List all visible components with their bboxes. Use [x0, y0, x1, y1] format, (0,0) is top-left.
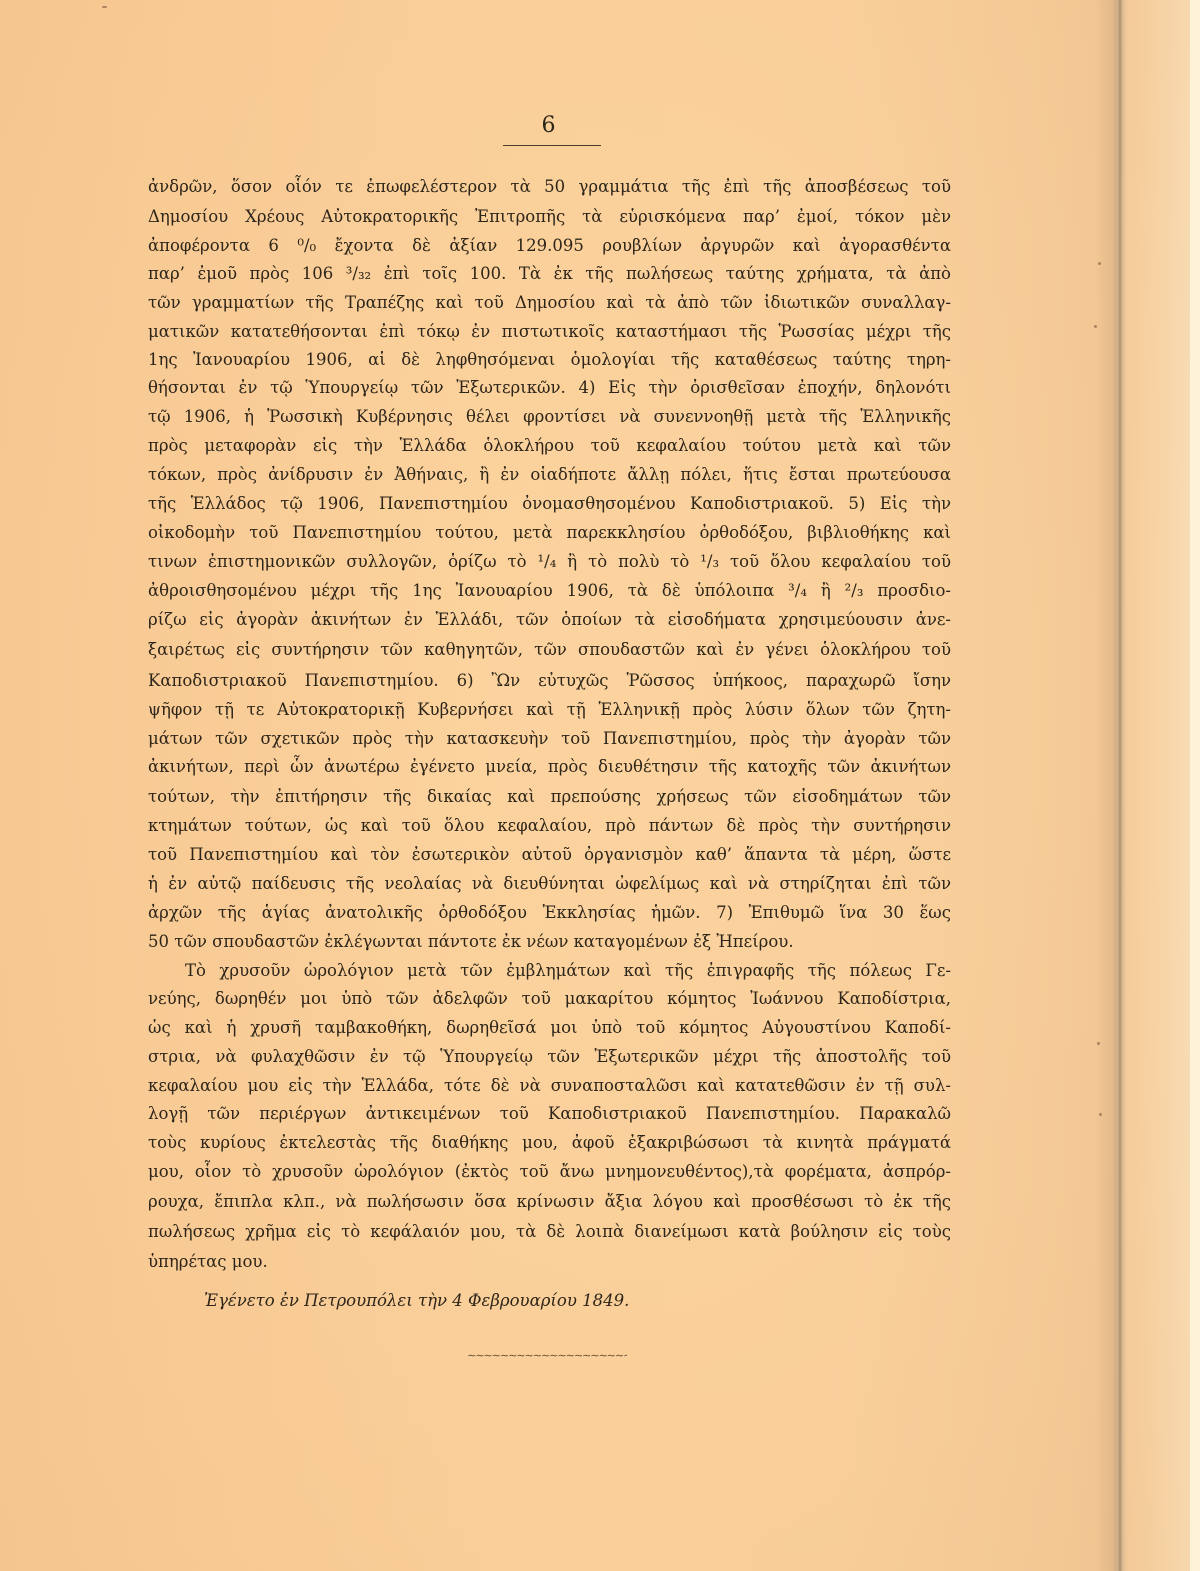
paper-speck	[1097, 1042, 1100, 1045]
page-edge	[1190, 0, 1200, 1571]
text-line: τῆς Ἑλλάδος τῷ 1906, Πανεπιστημίου ὀνομα…	[148, 493, 951, 515]
text-line: ἀποφέροντα 6 ⁰/₀ ἔχοντα δὲ ἀξίαν 129.095…	[148, 235, 951, 257]
text-line: οἰκοδομὴν τοῦ Πανεπιστημίου τούτου, μετὰ…	[148, 522, 951, 544]
paper-speck	[102, 6, 107, 8]
closing-ornament: ∼∼∼∼∼∼∼∼∼∼∼∼∼∼∼∼∼∼∼∼∼∼	[467, 1352, 627, 1360]
text-line: 50 τῶν σπουδαστῶν ἐκλέγωνται πάντοτε ἐκ …	[148, 931, 951, 953]
text-line: ὡς καὶ ἡ χρυσῆ ταμβακοθήκη, δωρηθεῖσά μο…	[148, 1017, 951, 1039]
text-line: μάτων τῶν σχετικῶν πρὸς τὴν κατασκευὴν τ…	[148, 728, 951, 750]
text-line: τῶν γραμματίων τῆς Τραπέζης καὶ τοῦ Δημο…	[148, 292, 951, 314]
text-line: 1ης Ἰανουαρίου 1906, αἱ δὲ ληφθησόμεναι …	[148, 349, 951, 371]
text-line: Τὸ χρυσοῦν ὡρολόγιον μετὰ τῶν ἐμβλημάτων…	[185, 960, 951, 982]
text-line: κτημάτων τούτων, ὡς καὶ τοῦ ὅλου κεφαλαί…	[148, 815, 951, 837]
text-line: ξαιρέτως εἰς συντήρησιν τῶν καθηγητῶν, τ…	[148, 639, 951, 661]
text-line: μου, οἷον τὸ χρυσοῦν ὡρολόγιον (ἐκτὸς το…	[148, 1161, 951, 1183]
text-line: τούτων, τὴν ἐπιτήρησιν τῆς δικαίας καὶ π…	[148, 786, 951, 808]
text-line: τινων ἐπιστημονικῶν συλλογῶν, ὁρίζω τὸ ¹…	[148, 551, 951, 573]
text-line: στρια, νὰ φυλαχθῶσιν ἐν τῷ Ὑπουργείῳ τῶν…	[148, 1046, 951, 1068]
text-line: ἀνδρῶν, ὅσον οἷόν τε ἐπωφελέστερον τὰ 50…	[148, 176, 951, 198]
text-line: παρ’ ἐμοῦ πρὸς 106 ³/₃₂ ἐπὶ τοῖς 100. Τὰ…	[148, 263, 951, 285]
page-number-rule	[503, 145, 601, 146]
page-number: 6	[0, 113, 1097, 138]
page-fold	[1113, 0, 1127, 1571]
signature-date-line: Ἐγένετο ἐν Πετρουπόλει τὴν 4 Φεβρουαρίου…	[204, 1290, 629, 1312]
text-line: τόκων, πρὸς ἀνίδρυσιν ἐν Ἀθήναις, ἢ ἐν ο…	[148, 464, 951, 486]
text-line: ρίζω εἰς ἀγορὰν ἀκινήτων ἐν Ἑλλάδι, τῶν …	[148, 609, 951, 631]
text-line: Καποδιστριακοῦ Πανεπιστημίου. 6) Ὢν εὐτυ…	[148, 670, 951, 692]
text-line: νεύης, δωρηθέν μοι ὑπὸ τῶν ἀδελφῶν τοῦ μ…	[148, 988, 951, 1010]
paper-speck	[1094, 325, 1097, 328]
text-line: κεφαλαίου μου εἰς τὴν Ἑλλάδα, τότε δὲ νὰ…	[148, 1075, 951, 1097]
text-line: πωλήσεως χρῆμα εἰς τὸ κεφάλαιόν μου, τὰ …	[148, 1221, 951, 1243]
text-line: λογῇ τῶν περιέργων ἀντικειμένων τοῦ Καπο…	[148, 1103, 951, 1125]
text-line: Δημοσίου Χρέους Αὐτοκρατορικῆς Ἐπιτροπῆς…	[148, 206, 951, 228]
text-line: τοὺς κυρίους ἐκτελεστὰς τῆς διαθήκης μου…	[148, 1132, 951, 1154]
text-line: τῷ 1906, ἡ Ῥωσσικὴ Κυβέρνησις θέλει φρον…	[148, 406, 951, 428]
text-line: ματικῶν κατατεθήσονται ἐπὶ τόκῳ ἐν πιστω…	[148, 321, 951, 343]
text-line: τοῦ Πανεπιστημίου καὶ τὸν ἐσωτερικὸν αὐτ…	[148, 844, 951, 866]
text-line: ἀκινήτων, περὶ ὧν ἀνωτέρω ἐγένετο μνεία,…	[148, 756, 951, 778]
text-line: ἀθροισθησομένου μέχρι τῆς 1ης Ἰανουαρίου…	[148, 580, 951, 602]
text-line: ὑπηρέτας μου.	[148, 1251, 951, 1273]
text-line: θήσονται ἐν τῷ Ὑπουργείῳ τῶν Ἐξωτερικῶν.…	[148, 377, 951, 399]
text-line: ἀρχῶν τῆς ἁγίας ἀνατολικῆς ὀρθοδόξου Ἐκκ…	[148, 902, 951, 924]
text-line: ἡ ἐν αὐτῷ παίδευσις τῆς νεολαίας νὰ διευ…	[148, 873, 951, 895]
text-line: ψῆφον τῇ τε Αὐτοκρατορικῇ Κυβερνήσει καὶ…	[148, 699, 951, 721]
text-line: ρουχα, ἔπιπλα κλπ., νὰ πωλήσωσιν ὅσα κρί…	[148, 1191, 951, 1213]
paper-speck	[1099, 1113, 1102, 1116]
paper-speck	[1098, 262, 1101, 265]
text-line: πρὸς μεταφορὰν εἰς τὴν Ἑλλάδα ὁλοκλήρου …	[148, 435, 951, 457]
